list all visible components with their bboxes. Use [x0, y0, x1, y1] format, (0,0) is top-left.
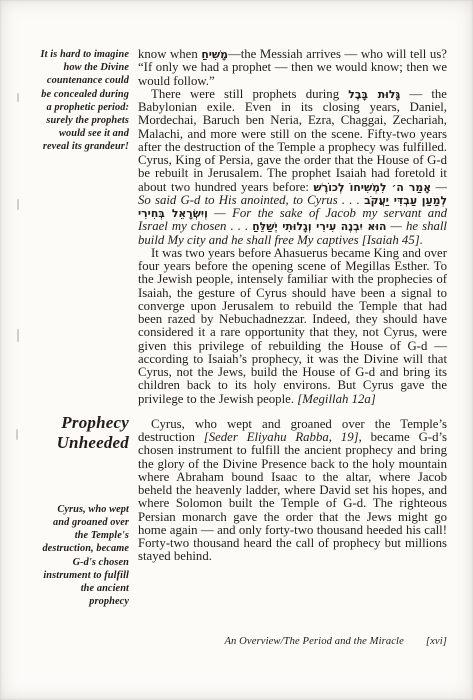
italic-translation: [Seder Eliyahu Rabba, 19]	[204, 430, 359, 444]
hebrew-phrase: אָמַר ה׳ לִמְשִׁיחוֹ לְכוֹרֶשׁ	[314, 181, 432, 194]
scan-artifact	[16, 429, 18, 440]
scan-artifact	[17, 93, 19, 102]
margin-note-divine-countenance: It is hard to imagine how the Divine cou…	[30, 48, 129, 154]
scan-artifact	[17, 329, 19, 342]
paragraph: There were still prophets during גָּלוּת…	[138, 88, 447, 247]
text-run: There were still prophets during	[151, 87, 348, 101]
hebrew-phrase: הוּא יִבְנֶה עִירִי וְגָלוּתִי יְשַׁלֵּח…	[252, 220, 386, 233]
page-footer: An Overview/The Period and the Miracle […	[137, 636, 447, 647]
hebrew-phrase: מָשִׁיחַ	[201, 48, 228, 61]
hebrew-phrase: גָּלוּת בָּבֶל	[348, 88, 400, 101]
main-text-column: Cyrus, who wept and groaned over the Tem…	[138, 418, 447, 564]
book-page: It is hard to imagine how the Divine cou…	[0, 0, 473, 700]
italic-translation: [Megillah 12a]	[297, 392, 376, 406]
page-content: It is hard to imagine how the Divine cou…	[30, 48, 447, 608]
page-number: [xvi]	[426, 636, 447, 647]
section-prophecy-unheeded: Prophecy Unheeded Cyrus, who wept and gr…	[30, 418, 447, 609]
paragraph: It was two years before Ahasuerus became…	[138, 247, 447, 406]
footer-title: An Overview/The Period and the Miracle	[224, 636, 403, 647]
margin-column: It is hard to imagine how the Divine cou…	[30, 48, 129, 154]
text-run: , became G-d’s chosen instrument to fulf…	[138, 430, 447, 563]
section-heading-prophecy-unheeded: Prophecy Unheeded	[30, 413, 129, 453]
text-run: know when	[138, 47, 201, 61]
margin-column: Prophecy Unheeded Cyrus, who wept and gr…	[30, 418, 129, 609]
text-run: — the Babylonian exile. Even in its clos…	[138, 87, 447, 194]
text-run: It was two years before Ahasuerus became…	[138, 246, 447, 406]
main-text-column: know when מָשִׁיחַ—the Messiah arrives —…	[138, 48, 447, 406]
paragraph: know when מָשִׁיחַ—the Messiah arrives —…	[138, 48, 447, 88]
section-period: It is hard to imagine how the Divine cou…	[30, 48, 447, 406]
paragraph: Cyrus, who wept and groaned over the Tem…	[138, 418, 447, 564]
scan-artifact	[17, 199, 19, 210]
margin-note-cyrus: Cyrus, who wept and groaned over the Tem…	[30, 503, 129, 609]
